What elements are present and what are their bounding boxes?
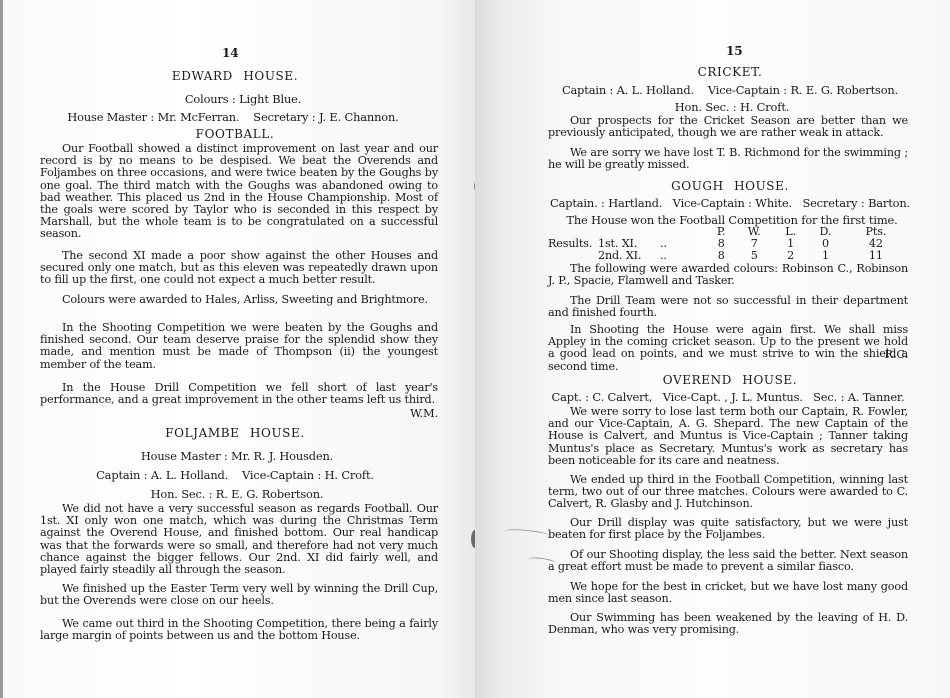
foljambe-house-heading: FOLJAMBE HOUSE. [36, 427, 434, 439]
gough-paragraph: The following were awarded colours: Robi… [548, 263, 908, 287]
cricket-paragraph: We are sorry we have lost T. B. Richmond… [548, 147, 908, 171]
page-number: 14 [222, 47, 238, 59]
cricket-heading: CRICKET. [550, 66, 910, 78]
page-number: 15 [726, 45, 742, 57]
edward-house-heading: EDWARD HOUSE. [36, 70, 434, 82]
gough-officers: Captain. : Hartland. Vice-Captain : Whit… [550, 197, 910, 209]
team-name: 2nd. XI. [598, 250, 654, 262]
leader-dots: .. [654, 250, 708, 262]
table-row: 2nd. XI. .. 8 5 2 1 11 [548, 250, 908, 262]
foljambe-paragraph: We did not have a very successful season… [40, 503, 438, 576]
football-heading: FOOTBALL. [36, 128, 434, 140]
cricket-paragraph: Our prospects for the Cricket Season are… [548, 115, 908, 139]
cricket-captains: Captain : A. L. Holland. Vice-Captain : … [550, 84, 910, 96]
foljambe-hon-sec: Hon. Sec. : R. E. G. Robertson. [38, 488, 436, 500]
overend-officers: Capt. : C. Calvert, Vice-Capt. , J. L. M… [548, 391, 908, 403]
edward-paragraph: Colours were awarded to Hales, Arliss, S… [40, 294, 438, 306]
cricket-hon-sec: Hon. Sec. : H. Croft. [552, 101, 912, 113]
gough-signature: R.C. [884, 348, 908, 360]
foljambe-house-master: House Master : Mr. R. J. Housden. [38, 450, 436, 462]
foljambe-paragraph: We finished up the Easter Term very well… [40, 583, 438, 607]
edward-paragraph: In the House Drill Competition we fell s… [40, 382, 438, 406]
foljambe-paragraph: We came out third in the Shooting Compet… [40, 618, 438, 642]
gough-paragraph: The Drill Team were not so successful in… [548, 295, 908, 319]
played: 8 [708, 250, 734, 262]
overend-house-heading: OVEREND HOUSE. [550, 374, 910, 386]
overend-paragraph: Of our Shooting display, the less said t… [548, 549, 908, 573]
edward-colours: Colours : Light Blue. [44, 93, 442, 105]
overend-paragraph: Our Drill display was quite satisfactory… [548, 517, 908, 541]
book-spread: 14 EDWARD HOUSE. Colours : Light Blue. H… [0, 0, 950, 698]
edward-masters: House Master : Mr. McFerran. Secretary :… [34, 111, 432, 123]
gough-results-table: P. W. L. D. Pts. Results. 1st. XI. .. 8 … [548, 226, 908, 262]
gough-intro: The House won the Football Competition f… [552, 214, 912, 226]
edward-signature: W.M. [410, 407, 438, 419]
results-label: Results. [548, 238, 598, 250]
points: 11 [844, 250, 908, 262]
foljambe-captains: Captain : A. L. Holland. Vice-Captain : … [36, 469, 434, 481]
drawn: 1 [807, 250, 844, 262]
overend-paragraph: We were sorry to lose last term both our… [548, 406, 908, 467]
overend-paragraph: Our Swimming has been weakened by the le… [548, 612, 908, 636]
lost: 2 [774, 250, 807, 262]
gough-house-heading: GOUGH HOUSE. [550, 180, 910, 192]
overend-paragraph: We hope for the best in cricket, but we … [548, 581, 908, 605]
edward-paragraph: The second XI made a poor show against t… [40, 250, 438, 287]
won: 5 [734, 250, 774, 262]
gough-paragraph: In Shooting the House were again first. … [548, 324, 908, 373]
overend-paragraph: We ended up third in the Football Compet… [548, 474, 908, 511]
edward-paragraph: Our Football showed a distinct improveme… [40, 143, 438, 241]
edward-paragraph: In the Shooting Competition we were beat… [40, 322, 438, 371]
